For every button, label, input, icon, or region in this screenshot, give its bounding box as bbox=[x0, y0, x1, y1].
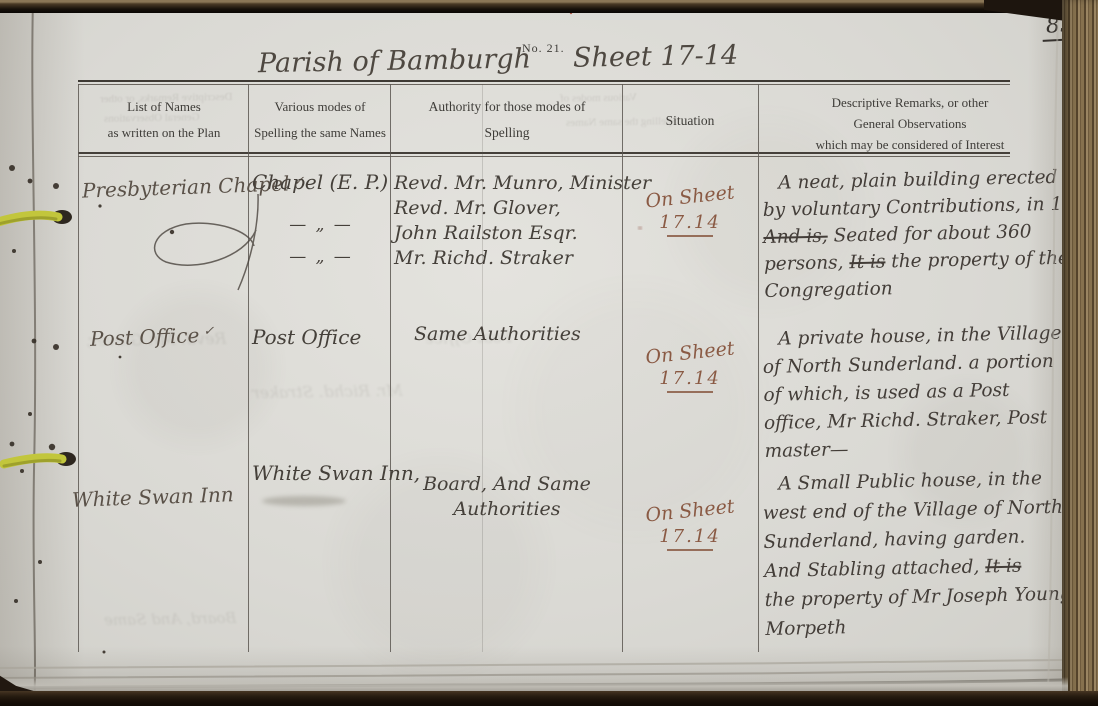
entry-name: White Swan Inn bbox=[72, 482, 234, 512]
bleedthrough-handwriting: Board, And Same bbox=[104, 609, 237, 629]
entry-situation: On Sheet 17.14 bbox=[624, 500, 756, 551]
entry-spellings: Post Office bbox=[252, 324, 390, 350]
spelling-line: White Swan Inn, bbox=[252, 460, 417, 486]
top-rule bbox=[78, 80, 1010, 82]
entry-situation: On Sheet 17.14 bbox=[624, 186, 756, 237]
column-rule bbox=[248, 84, 249, 652]
spelling-line: Post Office bbox=[252, 324, 390, 350]
column-rule bbox=[78, 84, 79, 652]
authority-line: Same Authorities bbox=[414, 322, 640, 347]
ink-smudge bbox=[262, 496, 346, 506]
top-rule-2 bbox=[78, 84, 1010, 85]
table-surface-bottom bbox=[0, 691, 1098, 706]
entry-name: Post Office bbox=[90, 323, 200, 351]
situation-sheet-number: 17.14 bbox=[624, 526, 756, 547]
name-book-page-photo: Descriptive Remarks, or other General Ob… bbox=[0, 0, 1098, 706]
column-header-spelling: Various modes ofSpelling the same Names bbox=[250, 94, 390, 146]
entry-authorities: Same Authorities bbox=[414, 322, 640, 347]
column-header-names: List of Namesas written on the Plan bbox=[80, 94, 248, 146]
parish-title: Parish of Bamburgh bbox=[258, 43, 532, 79]
authority-line: Revd. Mr. Munro, Minister bbox=[394, 171, 620, 196]
bleedthrough-handwriting: Mr. Richd. Straker bbox=[252, 381, 403, 403]
column-header-situation: Situation bbox=[624, 108, 756, 134]
column-rule bbox=[758, 84, 759, 652]
situation-sheet-number: 17.14 bbox=[624, 212, 756, 233]
entry-spellings: White Swan Inn, bbox=[252, 460, 417, 486]
header-rule-2 bbox=[78, 156, 1010, 157]
column-rule bbox=[390, 84, 391, 652]
entry-remarks: A neat, plain building erectedby volunta… bbox=[762, 163, 1077, 305]
spelling-line: — „ — bbox=[252, 212, 390, 238]
entry-situation: On Sheet 17.14 bbox=[624, 342, 756, 393]
entry-remarks: A Small Public house, in thewest end of … bbox=[762, 463, 1078, 643]
bleedthrough-column-rule bbox=[482, 84, 483, 652]
sheet-title: Sheet 17-14 bbox=[573, 40, 739, 74]
entry-spellings: Chapel (E. P.)— „ —— „ — bbox=[252, 169, 390, 270]
entry-remarks: A private house, in the Villageof North … bbox=[762, 319, 1077, 466]
situation-underline bbox=[667, 549, 713, 551]
authority-line: Revd. Mr. Glover, bbox=[394, 196, 620, 221]
table-surface-top bbox=[0, 0, 1098, 13]
authority-line: Board, And Same bbox=[394, 472, 620, 497]
entry-authorities: Board, And SameAuthorities bbox=[394, 472, 620, 522]
authority-line: Mr. Richd. Straker bbox=[394, 246, 620, 271]
entry-authorities: Revd. Mr. Munro, MinisterRevd. Mr. Glove… bbox=[394, 171, 620, 271]
situation-sheet-number: 17.14 bbox=[624, 368, 756, 389]
book-page-edges bbox=[1062, 0, 1098, 706]
spelling-line: — „ — bbox=[252, 244, 390, 270]
column-header-remarks: Descriptive Remarks, or otherGeneral Obs… bbox=[760, 92, 1060, 155]
situation-underline bbox=[667, 235, 713, 237]
check-mark: ✓ bbox=[203, 324, 214, 339]
authority-line: Authorities bbox=[394, 497, 620, 522]
situation-underline bbox=[667, 391, 713, 393]
spelling-line: Chapel (E. P.) bbox=[252, 169, 390, 195]
authority-line: John Railston Esqr. bbox=[394, 221, 620, 246]
column-header-authority: Authority for those modes ofSpelling bbox=[392, 94, 622, 146]
